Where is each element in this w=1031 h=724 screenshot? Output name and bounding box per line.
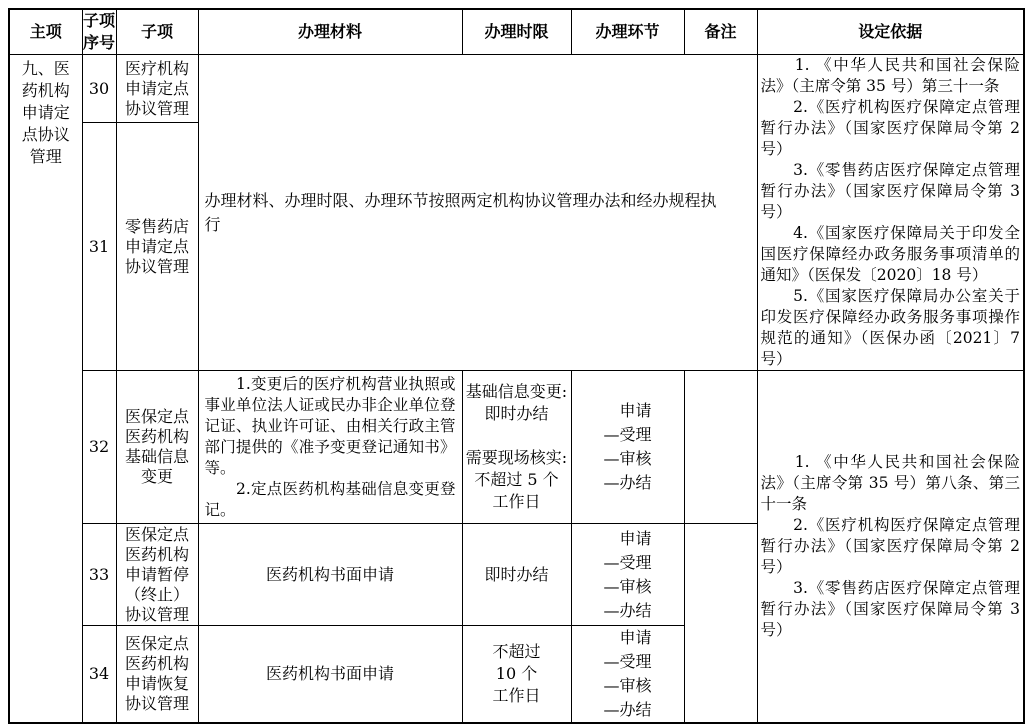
cell-row31-index: 31 (82, 123, 116, 371)
cell-rows30-31-basis: 1. 《中华人民共和国社会保险法》（主席令第 35 号）第三十一条 2.《医疗机… (757, 55, 1024, 371)
steps-list: 申请 —受理 —审核 —办结 (603, 527, 651, 623)
cell-row34-time-limit: 不超过 10 个 工作日 (462, 626, 571, 724)
cell-row34-materials: 医药机构书面申请 (198, 626, 462, 724)
table-header-row: 主项 子项 序号 子项 办理材料 办理时限 办理环节 备注 设定依据 (9, 9, 1024, 55)
steps-list: 申请 —受理 —审核 —办结 (603, 626, 651, 722)
cell-row31-sub-item: 零售药店申请定点协议管理 (116, 123, 198, 371)
cell-row32-index: 32 (82, 371, 116, 524)
cell-row32-time-limit: 基础信息变更: 即时办结 需要现场核实: 不超过 5 个 工作日 (462, 371, 571, 524)
cell-row34-sub-item: 医保定点医药机构申请恢复协议管理 (116, 626, 198, 724)
col-header-sub-item: 子项 (116, 9, 198, 55)
service-items-table: 主项 子项 序号 子项 办理材料 办理时限 办理环节 备注 设定依据 九、医药机… (8, 8, 1025, 724)
cell-rows33-34-remarks (684, 524, 757, 724)
cell-rows30-31-combined-note: 办理材料、办理时限、办理环节按照两定机构协议管理办法和经办规程执行 (198, 55, 757, 371)
table-row-32: 32 医保定点医药机构基础信息变更 1.变更后的医疗机构营业执照或事业单位法人证… (9, 371, 1024, 524)
cell-row34-steps: 申请 —受理 —审核 —办结 (571, 626, 684, 724)
cell-row33-materials: 医药机构书面申请 (198, 524, 462, 626)
col-header-remarks: 备注 (684, 9, 757, 55)
cell-row30-index: 30 (82, 55, 116, 123)
table-row-30: 九、医药机构申请定点协议管理 30 医疗机构申请定点协议管理 办理材料、办理时限… (9, 55, 1024, 123)
cell-row32-remarks (684, 371, 757, 524)
col-header-sub-index: 子项 序号 (82, 9, 116, 55)
cell-main-item: 九、医药机构申请定点协议管理 (9, 55, 82, 724)
cell-row33-time-limit: 即时办结 (462, 524, 571, 626)
cell-row34-index: 34 (82, 626, 116, 724)
steps-list: 申请 —受理 —审核 —办结 (603, 399, 651, 495)
col-header-materials: 办理材料 (198, 9, 462, 55)
col-header-main-item: 主项 (9, 9, 82, 55)
cell-row32-materials: 1.变更后的医疗机构营业执照或事业单位法人证或民办非企业单位登记证、执业许可证、… (198, 371, 462, 524)
cell-row33-index: 33 (82, 524, 116, 626)
document-page: 主项 子项 序号 子项 办理材料 办理时限 办理环节 备注 设定依据 九、医药机… (0, 0, 1031, 706)
col-header-steps: 办理环节 (571, 9, 684, 55)
cell-row33-steps: 申请 —受理 —审核 —办结 (571, 524, 684, 626)
cell-row30-sub-item: 医疗机构申请定点协议管理 (116, 55, 198, 123)
col-header-basis: 设定依据 (757, 9, 1024, 55)
cell-row32-sub-item: 医保定点医药机构基础信息变更 (116, 371, 198, 524)
cell-rows32-34-basis: 1. 《中华人民共和国社会保险法》（主席令第 35 号）第八条、第三十一条 2.… (757, 371, 1024, 724)
col-header-time-limit: 办理时限 (462, 9, 571, 55)
cell-row32-steps: 申请 —受理 —审核 —办结 (571, 371, 684, 524)
cell-row33-sub-item: 医保定点医药机构申请暂停（终止）协议管理 (116, 524, 198, 626)
